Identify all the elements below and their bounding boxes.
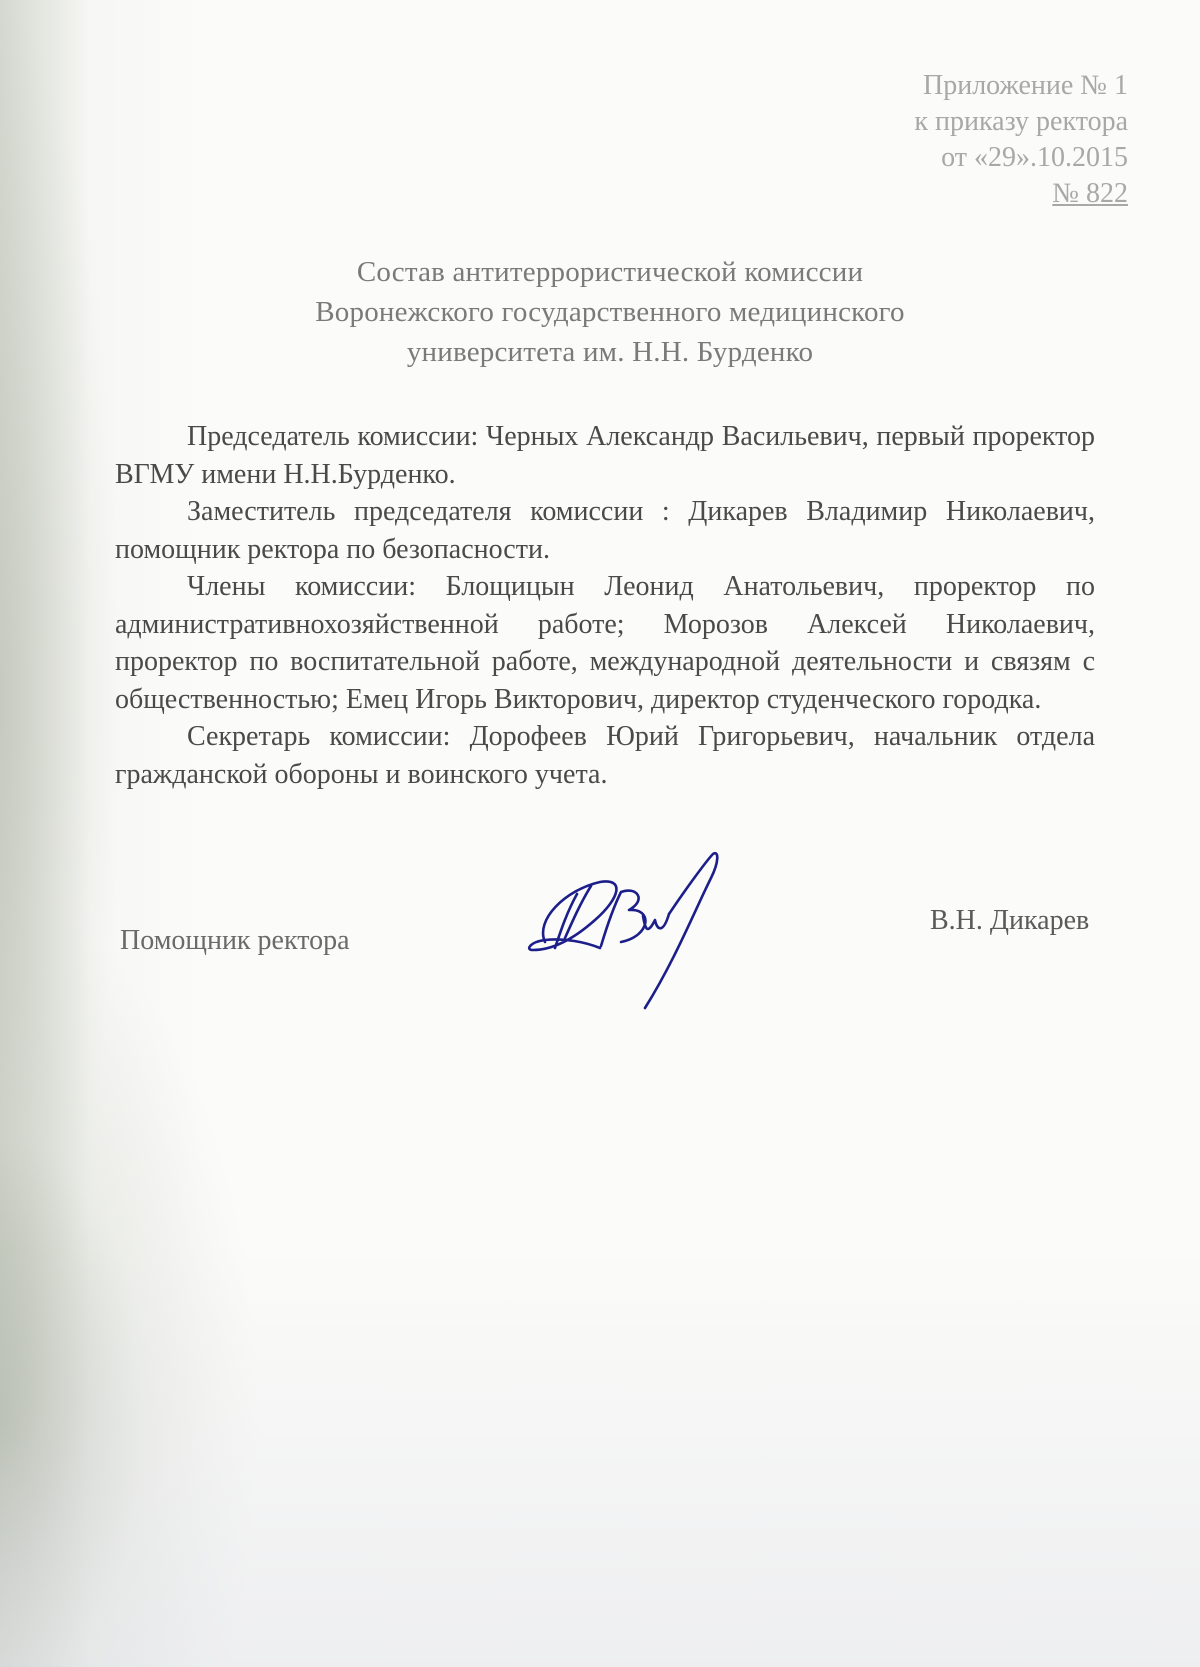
paragraph-members: Члены комиссии: Блощицын Леонид Анатолье… <box>115 568 1095 718</box>
appendix-header: Приложение № 1 к приказу ректора от «29»… <box>914 68 1128 212</box>
appendix-date: от «29».10.2015 <box>914 140 1128 176</box>
appendix-number: Приложение № 1 <box>914 68 1128 104</box>
title-line-1: Состав антитеррористической комиссии <box>20 252 1200 292</box>
title-line-2: Воронежского государственного медицинско… <box>20 292 1200 332</box>
signatory-name: В.Н. Дикарев <box>930 905 1089 937</box>
document-page: Приложение № 1 к приказу ректора от «29»… <box>0 0 1200 1667</box>
handwritten-signature-icon <box>525 850 755 1010</box>
appendix-order-ref: к приказу ректора <box>914 104 1128 140</box>
appendix-order-number: № 822 <box>914 176 1128 212</box>
document-title: Состав антитеррористической комиссии Вор… <box>0 252 1200 372</box>
document-body: Председатель комиссии: Черных Александр … <box>115 418 1095 793</box>
title-line-3: университета им. Н.Н. Бурденко <box>20 332 1200 372</box>
paragraph-deputy: Заместитель председателя комиссии : Дика… <box>115 493 1095 568</box>
paragraph-secretary: Секретарь комиссии: Дорофеев Юрий Григор… <box>115 718 1095 793</box>
signatory-position: Помощник ректора <box>120 925 350 957</box>
paragraph-chairman: Председатель комиссии: Черных Александр … <box>115 418 1095 493</box>
